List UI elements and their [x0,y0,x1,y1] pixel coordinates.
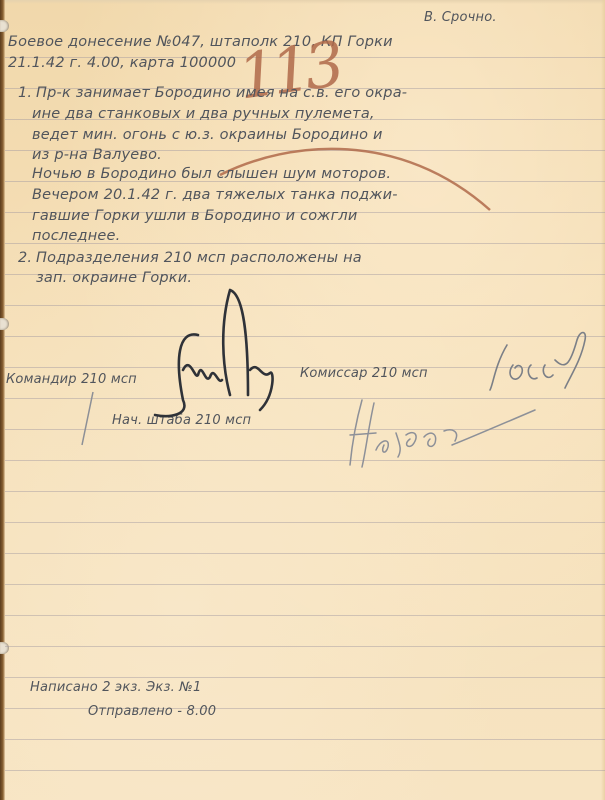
paragraph-1-line: гавшие Горки ушли в Бородино и сожгли [32,208,357,224]
urgency-note: В. Срочно. [424,10,497,25]
report-date-map: 21.1.42 г. 4.00, карта 100000 [8,55,236,71]
copies-note: Написано 2 экз. Экз. №1 [30,680,201,695]
dispatch-time: Отправлено - 8.00 [88,704,216,719]
ruled-line [5,615,605,616]
paragraph-1-line: из р-на Валуево. [32,147,162,163]
ruled-line [5,677,605,678]
binding-hole [0,642,9,654]
chief-of-staff-signature [340,395,540,475]
ruled-line [5,491,605,492]
notebook-spine [0,0,5,800]
ruled-line [5,522,605,523]
paragraph-1-line: Вечером 20.1.42 г. два тяжелых танка под… [32,187,398,203]
commissar-signature [485,320,600,400]
pencil-stroke [78,390,98,450]
page-right-edge [601,0,605,800]
paragraph-1-line: Ночью в Бородино был слышен шум моторов. [32,166,391,182]
paragraph-1-number: 1. [18,85,32,101]
paragraph-1-line: ведет мин. огонь с ю.з. окраины Бородино… [32,127,383,143]
ruled-line [5,646,605,647]
document-page: В. Срочно. Боевое донесение №047, штапол… [0,0,605,800]
page-top-edge [0,0,605,4]
commissar-label: Комиссар 210 мсп [300,366,428,381]
paragraph-1-line: ине два станковых и два ручных пулемета, [32,106,375,122]
paragraph-2-line: Подразделения 210 мсп расположены на [36,250,362,266]
ruled-line [5,770,605,771]
ruled-line [5,739,605,740]
paragraph-1-line: последнее. [32,228,120,244]
commander-label: Командир 210 мсп [6,372,137,387]
binding-hole [0,20,9,32]
ruled-line [5,584,605,585]
paragraph-1-line: Пр-к занимает Бородино имея на с.в. его … [36,85,407,101]
paragraph-2-line: зап. окраине Горки. [36,270,192,286]
ruled-line [5,553,605,554]
ruled-line [5,305,605,306]
paragraph-2-number: 2. [18,250,32,266]
commander-signature [150,285,290,425]
binding-hole [0,318,9,330]
